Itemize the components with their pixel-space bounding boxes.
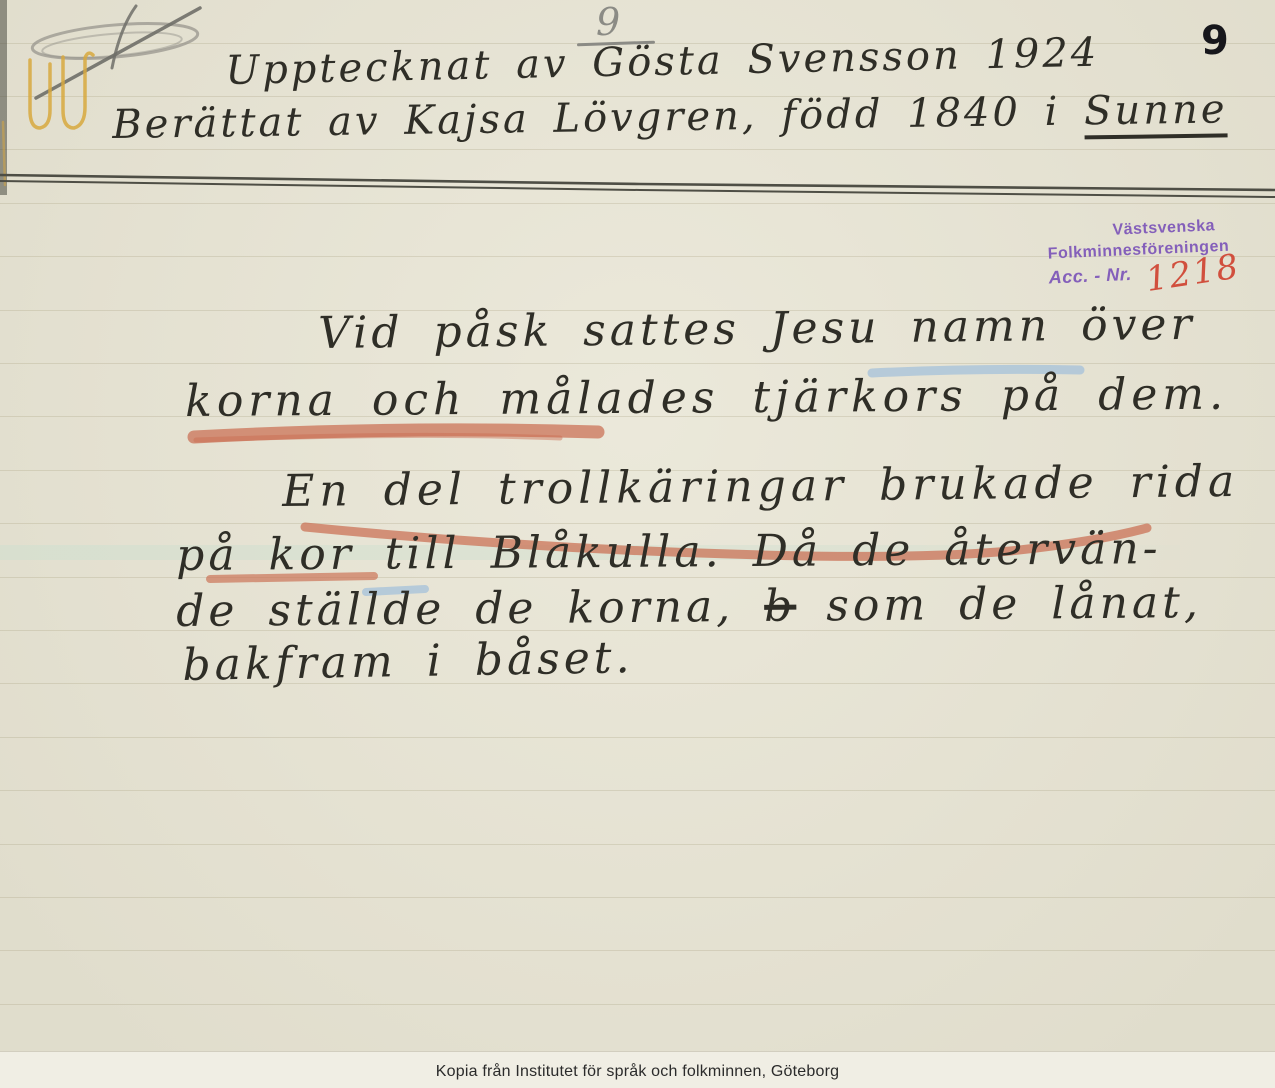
heading-line-1: Upptecknat av Gösta Svensson 1924 xyxy=(225,30,1100,94)
divider-double-line xyxy=(0,175,1275,197)
paragraph-1-line-1: Vid påsk sattes Jesu namn över xyxy=(318,299,1196,359)
paragraph-2-line-4: bakfram i båset. xyxy=(182,632,634,691)
crossed-out-letter: b xyxy=(764,581,797,632)
ruled-line xyxy=(0,203,1275,204)
footer-caption: Kopia från Institutet för språk och folk… xyxy=(0,1063,1275,1081)
ruled-line xyxy=(0,844,1275,845)
paragraph-2-line-2: på kor till Blåkulla. Då de återvän- xyxy=(176,523,1162,581)
ruled-line xyxy=(0,790,1275,791)
ruled-line xyxy=(0,149,1275,150)
heading-line-2-text: Berättat av Kajsa Lövgren, född 1840 i xyxy=(112,88,1084,148)
ruled-line xyxy=(0,1004,1275,1005)
paragraph-2-line-3b: som de lånat, xyxy=(796,577,1202,632)
heading-line-2: Berättat av Kajsa Lövgren, född 1840 i S… xyxy=(112,86,1228,148)
pencil-scribble xyxy=(31,6,200,98)
paragraph-2-line-3a: de ställde de korna, xyxy=(176,581,764,637)
archive-stamp: Västsvenska Folkminnesföreningen Acc. - … xyxy=(1046,215,1259,299)
ruled-line xyxy=(0,363,1275,364)
ruled-line xyxy=(0,897,1275,898)
red-underline-1 xyxy=(194,430,598,437)
paragraph-1-line-2: korna och målades tjärkors på dem. xyxy=(185,369,1228,427)
printed-page-number: 9 xyxy=(1201,18,1229,64)
place-underlined: Sunne xyxy=(1084,86,1228,139)
red-underline-1b xyxy=(196,435,560,440)
left-edge-scan-shadow xyxy=(0,0,7,195)
scanned-document-page: 9 9 Upptecknat av Gösta Svensson 1924 Be… xyxy=(0,0,1275,1088)
paperclip-marks xyxy=(3,53,93,185)
ruled-line xyxy=(0,737,1275,738)
paragraph-2-line-1: En del trollkäringar brukade rida xyxy=(282,456,1239,517)
ruled-line xyxy=(0,950,1275,951)
paragraph-2-line-3: de ställde de korna, b som de lånat, xyxy=(176,577,1202,637)
stamp-acc-label: Acc. - Nr. xyxy=(1048,264,1132,289)
pencil-page-number: 9 xyxy=(596,0,620,44)
